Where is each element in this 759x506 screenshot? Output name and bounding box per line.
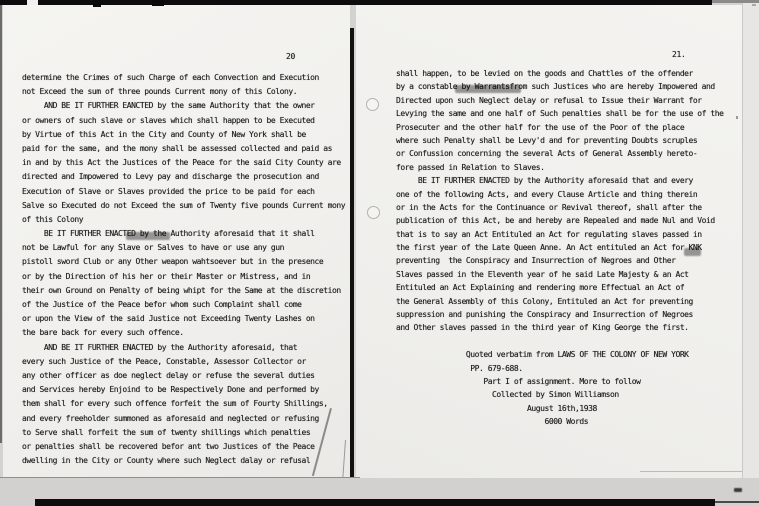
- scan-artifact: [734, 488, 742, 492]
- text-line: the bare back for every such offence.: [22, 326, 345, 340]
- film-top-edge-gap: [27, 0, 38, 5]
- text-line: August 16th,1938: [396, 402, 723, 415]
- film-right-margin: [742, 0, 759, 506]
- punch-hole-icon: [367, 206, 380, 219]
- text-line: of this Colony: [22, 213, 345, 227]
- text-line: their own Ground on Penalty of being whi…: [22, 284, 345, 298]
- text-line: determine the Crimes of such Charge of e…: [22, 71, 345, 85]
- text-line: not be Lawful for any Slave or Salves to…: [22, 241, 345, 255]
- text-line: Directed upon such Neglect delay or refu…: [396, 94, 723, 107]
- text-line: BE IT FURTHER ENACTED by the Authority a…: [22, 227, 345, 241]
- page-divider-line: [350, 28, 354, 478]
- text-line: Quoted verbatim from LAWS OF THE COLONY …: [396, 348, 723, 361]
- page-left: determine the Crimes of such Charge of e…: [3, 5, 350, 478]
- text-line: that is to say an Act Entituled an Act f…: [396, 228, 723, 241]
- text-line: preventing the Conspiracy and Insurrecti…: [396, 254, 723, 267]
- text-line: Entituled an Act Explaining and renderin…: [396, 281, 723, 294]
- text-line: suppression and punishing the Conspiracy…: [396, 308, 723, 321]
- text-line: of the Justice of the Peace befor whom s…: [22, 298, 345, 312]
- text-line: Slaves passed in the Eleventh year of he…: [396, 268, 723, 281]
- text-line: and Services hereby Enjoind to be Respec…: [22, 383, 345, 397]
- text-line: Part I of assignment. More to follow: [396, 375, 723, 388]
- text-line: and Other slaves passed in the third yea…: [396, 321, 723, 334]
- text-line: Levying the same and one half of Such pe…: [396, 107, 723, 120]
- text-line: paid for the same, and the mony shall be…: [22, 142, 345, 156]
- text-line: BE IT FURTHER ENACTED by the Authority a…: [396, 174, 723, 187]
- text-line: not Exceed the sum of three pounds Curre…: [22, 85, 345, 99]
- text-line: in and by this Act the Justices of the P…: [22, 156, 345, 170]
- text-line: or by the Direction of his her or their …: [22, 270, 345, 284]
- page-right-text-column: shall happen, to be levied on the goods …: [396, 67, 723, 429]
- text-line: or Confussion concerning the several Act…: [396, 147, 723, 160]
- text-line: by Virtue of this Act in the City and Co…: [22, 128, 345, 142]
- text-line: any other officer as doe neglect delay o…: [22, 369, 345, 383]
- text-line: the first year of the Late Queen Anne. A…: [396, 241, 723, 254]
- text-line: Execution of Slave or Slaves provided th…: [22, 185, 345, 199]
- page-left-text-column: determine the Crimes of such Charge of e…: [22, 71, 345, 468]
- film-top-edge-right: [712, 0, 759, 3]
- document-scan: determine the Crimes of such Charge of e…: [0, 0, 759, 506]
- text-line: Collected by Simon Williamson: [396, 388, 723, 401]
- page-number-right: 21.: [672, 50, 686, 59]
- scan-artifact: [752, 4, 756, 6]
- text-line: and every freeholder summoned as aforesa…: [22, 412, 345, 426]
- text-line: dwelling in the City or County where suc…: [22, 454, 345, 468]
- text-line: shall happen, to be levied on the goods …: [396, 67, 723, 80]
- text-line: PP. 679-688.: [396, 362, 723, 375]
- overstrike-smudge: [455, 85, 521, 93]
- scan-artifact: [736, 116, 738, 119]
- text-line: one of the following Acts, and every Cla…: [396, 188, 723, 201]
- text-line: fore passed in Relation to Slaves.: [396, 161, 723, 174]
- text-line: or penalties shall be recovered befor an…: [22, 440, 345, 454]
- text-line: to Serve shall forfeit the sum of twenty…: [22, 426, 345, 440]
- text-line: the General Assembly of this Colony, Ent…: [396, 295, 723, 308]
- text-line: publication of this Act, be and hereby a…: [396, 214, 723, 227]
- overstrike-smudge: [126, 232, 170, 240]
- film-edge-blob: [93, 0, 101, 7]
- text-line: pistoll sword Club or any Other weapon w…: [22, 255, 345, 269]
- page-right-bottom-edge: [640, 471, 742, 472]
- film-bottom-edge-tail: [715, 501, 759, 503]
- film-top-edge: [0, 0, 712, 5]
- text-line: [396, 335, 723, 348]
- overstrike-smudge: [684, 248, 701, 256]
- text-line: or owners of such slave or slaves which …: [22, 114, 345, 128]
- film-edge-blob: [152, 0, 164, 6]
- text-line: or in the Acts for the Continuance or Re…: [396, 201, 723, 214]
- text-line: AND BE IT FURTHER ENACTED by the Authori…: [22, 341, 345, 355]
- film-left-edge: [0, 5, 2, 443]
- text-line: Salve so Executed do not Exceed the sum …: [22, 199, 345, 213]
- text-line: them shall for every such offence forfei…: [22, 397, 345, 411]
- page-number-left: 20: [286, 52, 295, 61]
- text-line: by a constable by Warrantsfrom such Just…: [396, 80, 723, 93]
- text-line: or upon the View of the said Justice not…: [22, 312, 345, 326]
- text-line: 6000 Words: [396, 415, 723, 428]
- text-line: where such Penalty shall be Levy'd and f…: [396, 134, 723, 147]
- text-line: directed and Impowered to Levy pay and d…: [22, 170, 345, 184]
- punch-hole-icon: [366, 98, 379, 111]
- text-line: every such Justice of the Peace, Constab…: [22, 355, 345, 369]
- text-line: Prosecuter and the other half for the us…: [396, 121, 723, 134]
- text-line: AND BE IT FURTHER EANCTED by the same Au…: [22, 99, 345, 113]
- film-bottom-edge: [35, 499, 715, 506]
